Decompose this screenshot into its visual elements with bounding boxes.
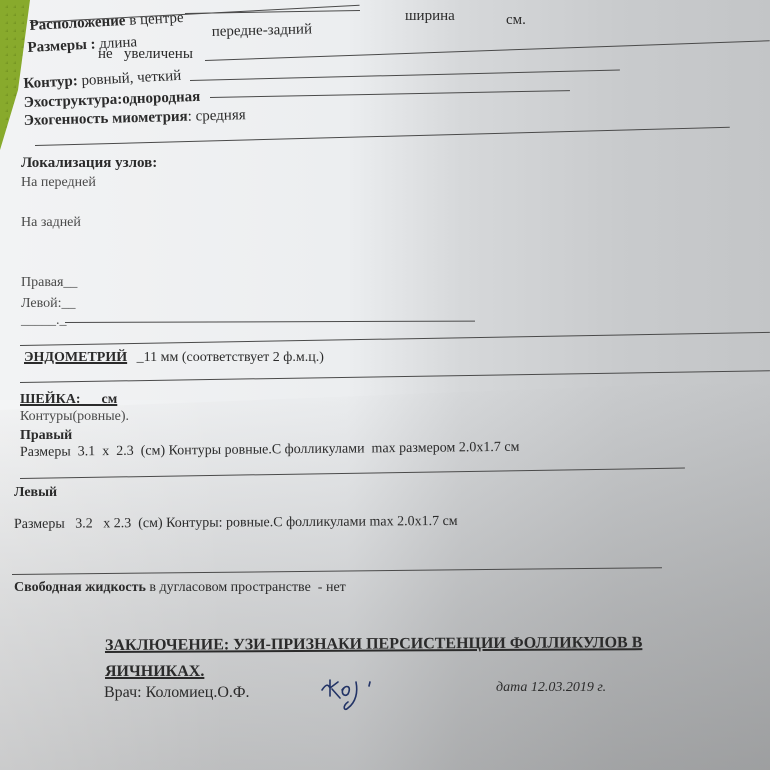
free-fluid-label: Свободная жидкость bbox=[14, 580, 146, 595]
date-value: 12.03.2019 г. bbox=[531, 680, 606, 695]
endometrium-label: ЭНДОМЕТРИЙ bbox=[24, 350, 127, 365]
conclusion-line2: ЯИЧНИКАХ. bbox=[105, 663, 204, 681]
nodes-blank: _____._ bbox=[21, 313, 67, 329]
conclusion-line1: ЗАКЛЮЧЕНИЕ: УЗИ-ПРИЗНАКИ ПЕРСИСТЕНЦИИ ФО… bbox=[105, 634, 642, 655]
endometrium-line: ЭНДОМЕТРИЙ _11 мм (соответствует 2 ф.м.ц… bbox=[24, 350, 324, 366]
contour-label: Контур: bbox=[23, 73, 78, 92]
nodes-left: Левой:__ bbox=[21, 296, 76, 312]
myometrium-value: : средняя bbox=[187, 107, 245, 125]
ap-label: передне-задний bbox=[212, 21, 313, 41]
nodes-posterior: На задней bbox=[21, 215, 81, 231]
location-value: в центре bbox=[129, 10, 184, 29]
nodes-right: Правая__ bbox=[21, 275, 77, 291]
right-ovary-label: Правый bbox=[20, 428, 72, 444]
echostructure-label: Эхоструктура: bbox=[23, 92, 122, 111]
doctor-name: Врач: Коломиец.О.Ф. bbox=[104, 684, 250, 702]
size-label: Размеры : bbox=[27, 36, 96, 56]
free-fluid-line: Свободная жидкость в дугласовом простран… bbox=[14, 580, 346, 596]
left-ovary-details: Размеры 3.2 x 2.3 (см) Контуры: ровные.С… bbox=[14, 514, 458, 533]
cervix-label: ШЕЙКА: см bbox=[20, 392, 117, 408]
nodes-heading: Локализация узлов: bbox=[21, 155, 157, 172]
unit-cm: см. bbox=[506, 12, 526, 29]
myometrium-label: Эхогенность миометрия bbox=[24, 109, 188, 129]
endometrium-value: _11 мм (соответствует 2 ф.м.ц.) bbox=[137, 350, 324, 365]
cervix-contours: Контуры(ровные). bbox=[20, 409, 129, 425]
echostructure-value: однородная bbox=[122, 89, 201, 108]
date-line: дата 12.03.2019 г. bbox=[496, 680, 606, 696]
free-fluid-value: в дугласовом пространстве - нет bbox=[149, 580, 345, 595]
signature bbox=[318, 672, 378, 714]
width-label: ширина bbox=[405, 8, 455, 25]
nodes-anterior: На передней bbox=[21, 175, 96, 191]
size-note: не увеличены bbox=[98, 46, 193, 63]
left-ovary-label: Левый bbox=[14, 485, 57, 501]
date-label: дата bbox=[496, 680, 527, 695]
